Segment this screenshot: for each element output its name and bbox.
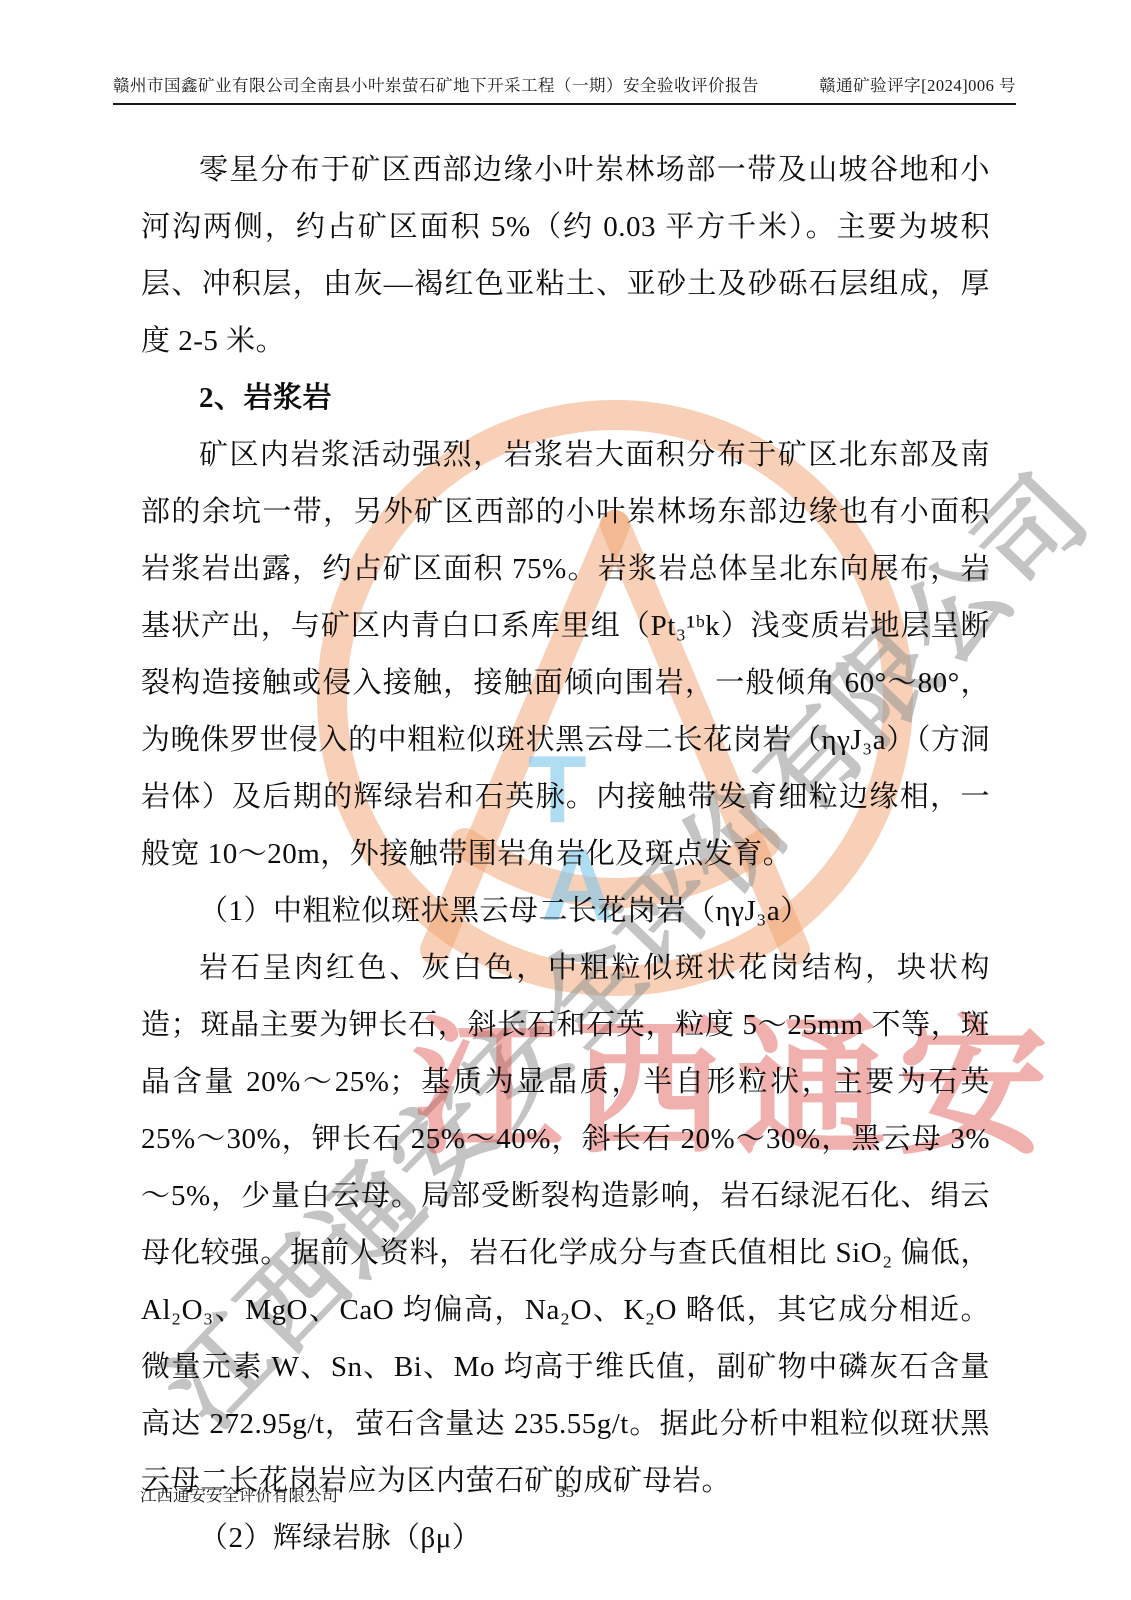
subsection-heading: （2）辉绿岩脉（βμ） [141, 1510, 990, 1567]
report-page: T A 江西通安安全评价有限公司 江西通安 赣州市国鑫矿业有限公司全南县小叶岽萤… [0, 0, 1131, 1600]
page-footer: 江西通安安全评价有限公司 35 [0, 1482, 1131, 1512]
document-number: 赣通矿验评字[2024]006 号 [819, 72, 1016, 96]
paragraph: 零星分布于矿区西部边缘小叶岽林场部一带及山坡谷地和小河沟两侧，约占矿区面积 5%… [141, 142, 990, 370]
report-title: 赣州市国鑫矿业有限公司全南县小叶岽萤石矿地下开采工程（一期）安全验收评价报告 [113, 72, 759, 96]
section-heading: 2、岩浆岩 [141, 370, 990, 427]
page-content: 赣州市国鑫矿业有限公司全南县小叶岽萤石矿地下开采工程（一期）安全验收评价报告 赣… [0, 0, 1131, 1600]
paragraph: 矿区内岩浆活动强烈，岩浆岩大面积分布于矿区北东部及南部的余坑一带，另外矿区西部的… [141, 427, 990, 883]
page-header: 赣州市国鑫矿业有限公司全南县小叶岽萤石矿地下开采工程（一期）安全验收评价报告 赣… [113, 72, 1016, 105]
body-text: 零星分布于矿区西部边缘小叶岽林场部一带及山坡谷地和小河沟两侧，约占矿区面积 5%… [141, 142, 990, 1567]
subsection-heading: （1）中粗粒似斑状黑云母二长花岗岩（ηγJ₃a） [141, 883, 990, 940]
paragraph: 岩石呈肉红色、灰白色，中粗粒似斑状花岗结构，块状构造；斑晶主要为钾长石，斜长石和… [141, 940, 990, 1510]
page-number: 35 [0, 1482, 1131, 1502]
